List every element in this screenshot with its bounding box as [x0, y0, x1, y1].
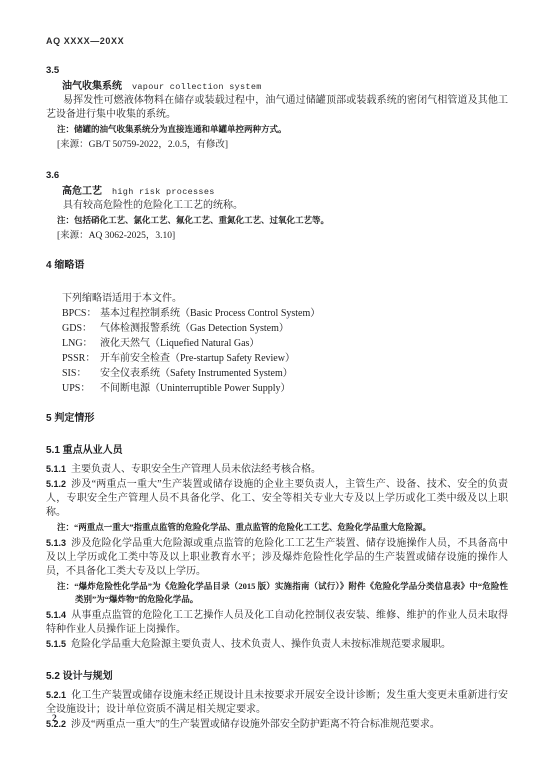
clause-5-2-2: 5.2.2涉及“两重点一重大”的生产装置或储存设施外部安全防护距离不符合标准规范… [46, 717, 508, 732]
abbreviation-expansion: 开车前安全检查（Pre-startup Safety Review） [100, 353, 295, 364]
term-name-en: vapour collection system [132, 82, 262, 92]
clause-number: 5.2.1 [46, 690, 66, 700]
abbreviation-item: UPS：不间断电源（Uninterruptible Power Supply） [62, 381, 508, 396]
abbreviation-acronym: PSSR： [62, 351, 100, 366]
term-name-en: high risk processes [112, 187, 215, 197]
term-number: 3.5 [46, 64, 508, 78]
term-number: 3.6 [46, 169, 508, 183]
subsection-heading: 5.1 重点从业人员 [46, 444, 508, 458]
clause-text: 涉及危险化学品重大危险源或重点监管的危险化工工艺生产装置、储存设施操作人员，不具… [46, 538, 508, 577]
term-note: 注：包括硝化工艺、氯化工艺、氟化工艺、重氮化工艺、过氧化工艺等。 [46, 214, 508, 227]
clause-text: 危险化学品重大危险源主要负责人、技术负责人、操作负责人未按标准规范要求履职。 [71, 639, 451, 650]
clause-5-1-5: 5.1.5危险化学品重大危险源主要负责人、技术负责人、操作负责人未按标准规范要求… [46, 637, 508, 652]
document-page: AQ XXXX—20XX 3.5 油气收集系统vapour collection… [0, 0, 554, 732]
clause-number: 5.1.5 [46, 639, 66, 649]
section-heading: 4 缩略语 [46, 259, 508, 273]
clause-5-1-3: 5.1.3涉及危险化学品重大危险源或重点监管的危险化工工艺生产装置、储存设施操作… [46, 536, 508, 579]
subsection-5-2: 5.2 设计与规划 5.2.1化工生产装置或储存设施未经正规设计且未按要求开展安… [46, 670, 508, 732]
abbreviation-acronym: GDS： [62, 321, 100, 336]
clause-number: 5.1.4 [46, 610, 66, 620]
term-title: 油气收集系统vapour collection system [62, 78, 508, 94]
clause-5-2-1: 5.2.1化工生产装置或储存设施未经正规设计且未按要求开展安全设计诊断；发生重大… [46, 688, 508, 717]
clause-text: 涉及“两重点一重大”生产装置或储存设施的企业主要负责人，主管生产、设备、技术、安… [46, 479, 508, 518]
abbreviation-item: SIS：安全仪表系统（Safety Instrumented System） [62, 366, 508, 381]
abbreviation-item: LNG：液化天然气（Liquefied Natural Gas） [62, 336, 508, 351]
clause-text: 从事重点监管的危险化工工艺操作人员及化工自动化控制仪表安装、维修、维护的作业人员… [46, 610, 508, 635]
subsection-5-1: 5.1 重点从业人员 5.1.1主要负责人、专职安全生产管理人员未依法经考核合格… [46, 444, 508, 652]
section-5-judgement: 5 判定情形 5.1 重点从业人员 5.1.1主要负责人、专职安全生产管理人员未… [46, 412, 508, 732]
abbreviation-expansion: 气体检测报警系统（Gas Detection System） [100, 323, 289, 334]
clause-5-1-2: 5.1.2涉及“两重点一重大”生产装置或储存设施的企业主要负责人，主管生产、设备… [46, 477, 508, 520]
abbreviation-acronym: LNG： [62, 336, 100, 351]
section-4-abbreviations: 4 缩略语 下列缩略语适用于本文件。 BPCS：基本过程控制系统（Basic P… [46, 259, 508, 396]
abbreviation-item: PSSR：开车前安全检查（Pre-startup Safety Review） [62, 351, 508, 366]
abbreviation-expansion: 基本过程控制系统（Basic Process Control System） [100, 308, 320, 319]
clause-number: 5.1.1 [46, 464, 66, 474]
term-name-zh: 油气收集系统 [62, 81, 122, 92]
clause-note: 注：“爆炸危险性化学品”为《危险化学品目录（2015 版）实施指南（试行）》附件… [46, 580, 508, 606]
term-title: 高危工艺high risk processes [62, 183, 508, 199]
section-heading: 5 判定情形 [46, 412, 508, 426]
abbreviation-expansion: 安全仪表系统（Safety Instrumented System） [100, 368, 293, 379]
abbreviation-item: BPCS：基本过程控制系统（Basic Process Control Syst… [62, 306, 508, 321]
abbreviations-intro: 下列缩略语适用于本文件。 [62, 291, 508, 306]
clause-text: 涉及“两重点一重大”的生产装置或储存设施外部安全防护距离不符合标准规范要求。 [71, 719, 440, 730]
page-number: 2 [52, 714, 57, 724]
abbreviation-acronym: BPCS： [62, 306, 100, 321]
term-entry-3-6: 3.6 高危工艺high risk processes 具有较高危险性的危险化工… [46, 169, 508, 243]
term-definition: 具有较高危险性的危险化工工艺的统称。 [46, 199, 508, 213]
term-name-zh: 高危工艺 [62, 186, 102, 197]
subsection-heading: 5.2 设计与规划 [46, 670, 508, 684]
term-definition: 易挥发性可燃液体物料在储存或装载过程中，油气通过储罐顶部或装载系统的密闭气相管道… [46, 94, 508, 122]
term-entry-3-5: 3.5 油气收集系统vapour collection system 易挥发性可… [46, 64, 508, 152]
clause-number: 5.1.3 [46, 538, 66, 548]
clause-text: 主要负责人、专职安全生产管理人员未依法经考核合格。 [71, 464, 321, 475]
term-note: 注：储罐的油气收集系统分为直接连通和单罐单控两种方式。 [46, 123, 508, 136]
clause-5-1-4: 5.1.4从事重点监管的危险化工工艺操作人员及化工自动化控制仪表安装、维修、维护… [46, 608, 508, 637]
abbreviation-acronym: UPS： [62, 381, 100, 396]
abbreviation-item: GDS：气体检测报警系统（Gas Detection System） [62, 321, 508, 336]
clause-note: 注：“两重点一重大”指重点监管的危险化学品、重点监管的危险化工工艺、危险化学品重… [46, 521, 508, 534]
clause-5-1-1: 5.1.1主要负责人、专职安全生产管理人员未依法经考核合格。 [46, 462, 508, 477]
term-source: [来源：AQ 3062-2025，3.10] [57, 229, 508, 243]
clause-number: 5.1.2 [46, 479, 66, 489]
abbreviation-acronym: SIS： [62, 366, 100, 381]
abbreviation-expansion: 液化天然气（Liquefied Natural Gas） [100, 338, 259, 349]
standard-code-header: AQ XXXX—20XX [46, 36, 508, 46]
clause-text: 化工生产装置或储存设施未经正规设计且未按要求开展安全设计诊断；发生重大变更未重新… [46, 690, 508, 715]
term-source: [来源：GB/T 50759-2022，2.0.5，有修改] [57, 138, 508, 152]
abbreviation-list: BPCS：基本过程控制系统（Basic Process Control Syst… [62, 306, 508, 396]
abbreviation-expansion: 不间断电源（Uninterruptible Power Supply） [100, 383, 291, 394]
